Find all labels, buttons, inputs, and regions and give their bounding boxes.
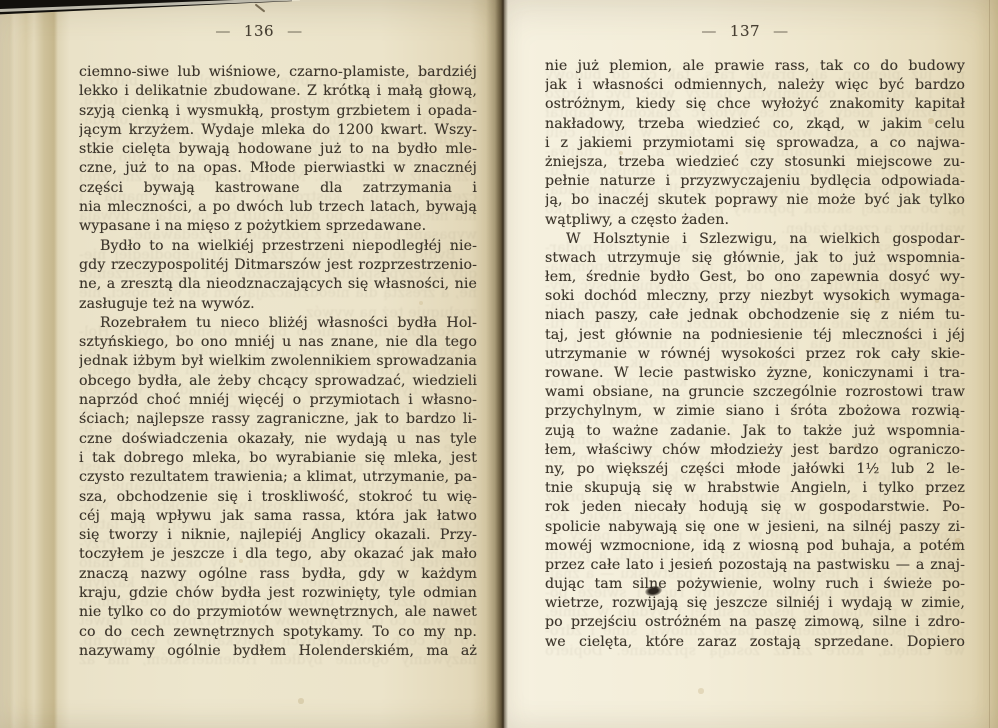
text-line: co do cech zewnętrznych spotykamy. To co… bbox=[79, 623, 477, 642]
text-line: szyją cienką i wysmukłą, prostym grzbiet… bbox=[79, 102, 477, 121]
header-dash: — bbox=[701, 22, 717, 40]
text-line: czne doświadczenia okazały, nie wydają u… bbox=[79, 430, 477, 449]
text-line: zują to ważne zadanie. Jak to także już … bbox=[545, 422, 965, 441]
text-line: części bywają kastrowane dla zatrzymania… bbox=[79, 179, 477, 198]
text-line: i tak dobrego mleka, bo wyrabianie się m… bbox=[79, 449, 477, 468]
text-line: się tworzy i niknie, najlepiéj Anglicy o… bbox=[79, 526, 477, 545]
text-line: rowane. W lecie pastwisko żyzne, koniczy… bbox=[545, 364, 965, 383]
text-line: ją, bo inaczéj skutek poprawy nie może b… bbox=[545, 191, 965, 210]
text-line: W Holsztynie i Szlezwigu, na wielkich go… bbox=[545, 230, 965, 249]
text-line: czne, już to na opas. Młode pierwiastki … bbox=[79, 159, 477, 178]
text-line: dując tam silne pożywienie, wolny ruch i… bbox=[545, 575, 965, 594]
text-line: wypasane i na mięso z pożytkiem sprzedaw… bbox=[79, 217, 477, 236]
text-line: zasługuje też na wywóz. bbox=[79, 295, 477, 314]
text-line: i z jakiemi przymiotami się sprowadza, a… bbox=[545, 134, 965, 153]
text-line: wietrze, rozwijają się jeszcze silniéj i… bbox=[545, 594, 965, 613]
text-line: znaczą nazwy ogólne rass bydła, gdy w ka… bbox=[79, 565, 477, 584]
text-line: nie już plemion, ale prawie rass, tak co… bbox=[545, 57, 965, 76]
text-line: nazywamy ogólnie bydłem Holenderskiém, m… bbox=[79, 642, 477, 661]
text-line: stkie cielęta bywają hodowane już to na … bbox=[79, 140, 477, 159]
text-line: stwach utrzymuje się głównie, jak to już… bbox=[545, 249, 965, 268]
text-line: ny, po większéj części młode jałówki 1½ … bbox=[545, 460, 965, 479]
page-gutter-shadow bbox=[486, 0, 508, 728]
text-line: tnie skupują się w hrabstwie Angieln, i … bbox=[545, 479, 965, 498]
text-line: naprzód choć mniéj więcéj o przymiotach … bbox=[79, 391, 477, 410]
text-line: po przejściu ostróżném na paszę zimową, … bbox=[545, 613, 965, 632]
page-number-left: 136 bbox=[244, 22, 274, 40]
text-line: gdy rzeczypospolitéj Ditmarszów jest roz… bbox=[79, 256, 477, 275]
text-line: we cielęta, które zaraz zostają sprzedan… bbox=[545, 633, 965, 652]
text-line: łem, średnie bydło Gest, bo ono zapewnia… bbox=[545, 268, 965, 287]
text-line: pełnie naturze i przyzwyczajeniu bydlęci… bbox=[545, 172, 965, 191]
header-dash: — bbox=[215, 22, 231, 40]
text-line: wami obsiane, na gruncie szczególnie roz… bbox=[545, 383, 965, 402]
book-scan: — 136 — — 137 — ciemno-siwe lub wiśniowe… bbox=[0, 0, 998, 728]
text-line: żniejsza, trzeba wiedzieć czy stosunki m… bbox=[545, 153, 965, 172]
text-block-left: ciemno-siwe lub wiśniowe, czarno-plamist… bbox=[79, 63, 477, 661]
text-line: jednak iżbym był wielkim zwolennikiem sp… bbox=[79, 352, 477, 371]
text-line: przychylnym, w zimie siano i śróta zbożo… bbox=[545, 402, 965, 421]
text-line: kraju, gdzie chów bydła jest rozwinięty,… bbox=[79, 584, 477, 603]
text-line: jak i własności odmiennych, należy więc … bbox=[545, 76, 965, 95]
text-line: lekko i delikatnie zbudowane. Z krótką i… bbox=[79, 82, 477, 101]
text-line: soki dochód mleczny, przy niezbyt wysoki… bbox=[545, 287, 965, 306]
text-line: taj, jest głównie na podniesienie téj ml… bbox=[545, 326, 965, 345]
text-line: céj mają wpływu jak sama rassa, która ja… bbox=[79, 507, 477, 526]
text-block-right: nie już plemion, ale prawie rass, tak co… bbox=[545, 57, 965, 652]
header-dash: — bbox=[287, 22, 303, 40]
text-line: toczyłem je jeszcze i dla tego, aby okaz… bbox=[79, 545, 477, 564]
text-line: Rozebrałem tu nieco bliżéj własności byd… bbox=[79, 314, 477, 333]
page-header-right: — 137 — bbox=[535, 22, 955, 40]
text-line: czysto rezultatem trawienia; a klimat, u… bbox=[79, 468, 477, 487]
text-line: nie tylko co do przymiotów wewnętrznych,… bbox=[79, 603, 477, 622]
text-line: obcego bydła, ale żeby chcący sprowadzać… bbox=[79, 372, 477, 391]
text-line: ostróżnym, kiedy się chce wyłożyć znakom… bbox=[545, 95, 965, 114]
text-line: niach paszy, całe jednak obchodzenie się… bbox=[545, 306, 965, 325]
text-line: sztyńskiego, bo ono mniéj u nas znane, n… bbox=[79, 333, 477, 352]
text-line: mowéj wzmocnione, idą z wiosną pod buhaj… bbox=[545, 537, 965, 556]
text-line: spolicie nabywają się one w jesieni, na … bbox=[545, 518, 965, 537]
text-line: rok jeden niecały hodują się w gospodars… bbox=[545, 498, 965, 517]
text-line: Bydło to na wielkiéj przestrzeni niepodl… bbox=[79, 237, 477, 256]
text-line: łem, właściwy chów młodzieży jest bardzo… bbox=[545, 441, 965, 460]
text-line: przez całe lato i jesień pozostają na pa… bbox=[545, 556, 965, 575]
text-line: jącym krzyżem. Wydaje mleka do 1200 kwar… bbox=[79, 121, 477, 140]
text-line: sza, obchodzenie się i troskliwość, stok… bbox=[79, 488, 477, 507]
text-line: ściach; najlepsze rassy zagraniczne, jak… bbox=[79, 410, 477, 429]
page-header-left: — 136 — bbox=[60, 22, 458, 40]
text-line: nakładowy, trzeba wiedzieć co, zkąd, w j… bbox=[545, 115, 965, 134]
foxing-spots bbox=[0, 0, 2, 2]
text-line: utrzymanie w równéj wysokości przez rok … bbox=[545, 345, 965, 364]
text-line: ne, a zresztą dla nieodznaczających się … bbox=[79, 275, 477, 294]
header-dash: — bbox=[773, 22, 789, 40]
text-line: wątpliwy, a często żaden. bbox=[545, 211, 965, 230]
text-line: ciemno-siwe lub wiśniowe, czarno-plamist… bbox=[79, 63, 477, 82]
text-line: nia mleczności, a po dwóch lub trzech la… bbox=[79, 198, 477, 217]
page-number-right: 137 bbox=[730, 22, 760, 40]
